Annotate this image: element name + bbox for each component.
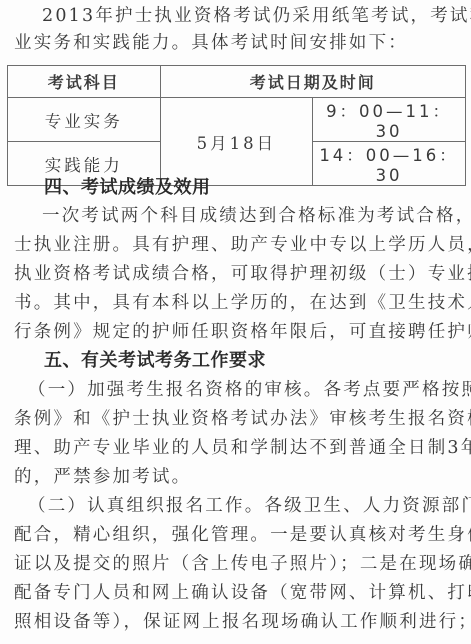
paragraph-line: 一次考试两个科目成绩达到合格标准为考试合格，可申请护 [42,205,466,227]
paragraph-line: 执业资格考试成绩合格，可取得护理初级（士）专业技术资格证 [14,263,464,285]
paragraph-line: （二）认真组织报名工作。各级卫生、人力资源部门要密切 [28,495,471,517]
subject-cell: 专业实务 [8,98,161,142]
paragraph-line: 书。其中，具有本科以上学历的，在达到《卫生技术人员职务试 [14,292,464,314]
section-5-heading: 五、有关考试考务工作要求 [44,350,266,372]
paragraph-line: 理、助产专业毕业的人员和学制达不到普通全日制3年以上要求 [14,437,464,459]
intro-line-2: 业实务和实践能力。具体考试时间安排如下： [14,32,464,54]
time-cell: 9：00—11：30 [313,98,466,142]
intro-line-1: 2013年护士执业资格考试仍采用纸笔考试，考试科目包括专 [42,5,466,27]
paragraph-line: （一）加强考生报名资格的审核。各考点要严格按照《护士 [28,379,471,401]
paragraph-line: 证以及提交的照片（含上传电子照片）；二是在现场确认工作中， [14,553,464,575]
paragraph-line: 条例》和《护士执业资格考试办法》审核考生报名资格，对非护 [14,408,464,430]
document-page: 2013年护士执业资格考试仍采用纸笔考试，考试科目包括专 业实务和实践能力。具体… [0,0,471,644]
paragraph-line: 配合，精心组织，强化管理。一是要认真核对考生身份证、毕业 [14,524,464,546]
time-cell: 14：00—16：30 [313,142,466,186]
paragraph-line: 照相设备等），保证网上报名现场确认工作顺利进行；三是在现场 [14,611,464,633]
header-date-time: 考试日期及时间 [160,66,465,98]
section-4-heading: 四、考试成绩及效用 [44,177,211,199]
exam-schedule-table: 考试科目 考试日期及时间 专业实务 5月18日 9：00—11：30 实践能力 … [7,65,466,186]
paragraph-line: 配备专门人员和网上确认设备（宽带网、计算机、打印机、专业 [14,582,464,604]
paragraph-line: 的，严禁参加考试。 [14,466,464,488]
date-cell: 5月18日 [160,98,313,186]
table-header-row: 考试科目 考试日期及时间 [8,66,466,98]
paragraph-line: 行条例》规定的护师任职资格年限后，可直接聘任护师职务。 [14,321,464,343]
paragraph-line: 士执业注册。具有护理、助产专业中专以上学历人员，参加护士 [14,234,464,256]
table-row: 专业实务 5月18日 9：00—11：30 [8,98,466,142]
header-subject: 考试科目 [8,66,161,98]
